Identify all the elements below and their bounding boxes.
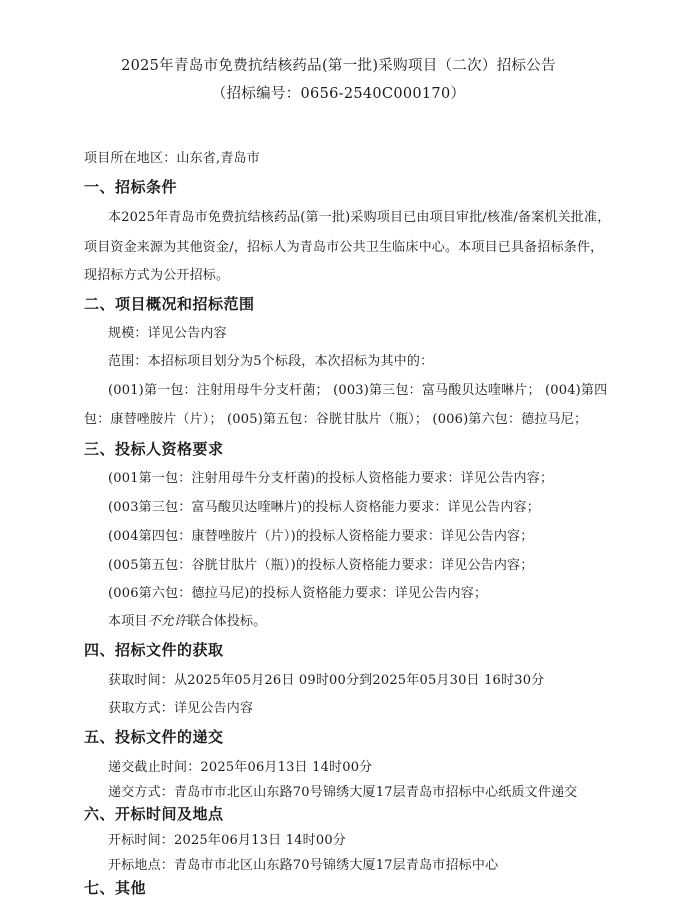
submission-method: 递交方式：青岛市市北区山东路70号锦绣大厦17层青岛市招标中心纸质文件递交 <box>108 785 577 801</box>
consortium-note-suffix: 联合体投标。 <box>187 614 266 629</box>
qualification-package-001: (001第一包：注射用母牛分支杆菌)的投标人资格能力要求：详见公告内容； <box>108 471 553 487</box>
section-heading-bid-opening: 六、开标时间及地点 <box>84 806 224 822</box>
section1-line2: 项目资金来源为其他资金/，招标人为青岛市公共卫生临床中心。本项目已具备招标条件， <box>84 240 603 256</box>
section2-scale: 规模：详见公告内容 <box>108 326 227 342</box>
qualification-package-006: (006第六包：德拉马尼)的投标人资格能力要求：详见公告内容； <box>108 586 487 602</box>
tender-number: （招标编号：0656-2540C000170） <box>0 86 677 102</box>
project-region: 项目所在地区：山东省,青岛市 <box>84 151 260 167</box>
section-heading-document-acquisition: 四、招标文件的获取 <box>84 642 224 658</box>
consortium-note-prefix: 本项目 <box>108 614 148 629</box>
section2-packages-line1: (001)第一包：注射用母牛分支杆菌； (003)第三包：富马酸贝达喹啉片； (… <box>108 383 607 399</box>
acquisition-time: 获取时间：从2025年05月26日 09时00分到2025年05月30日 16时… <box>108 673 544 689</box>
section2-scope: 范围：本招标项目划分为5个标段，本次招标为其中的： <box>108 354 433 370</box>
section-heading-project-overview: 二、项目概况和招标范围 <box>84 296 255 312</box>
submission-deadline: 递交截止时间：2025年06月13日 14时00分 <box>108 760 372 776</box>
document-page: 2025年青岛市免费抗结核药品(第一批)采购项目（二次）招标公告 （招标编号：0… <box>0 0 677 919</box>
qualification-package-004: (004第四包：康替唑胺片（片）)的投标人资格能力要求：详见公告内容； <box>108 529 533 545</box>
section-heading-tender-conditions: 一、招标条件 <box>84 179 177 195</box>
section1-line1: 本2025年青岛市免费抗结核药品(第一批)采购项目已由项目审批/核准/备案机关批… <box>108 210 610 226</box>
document-title: 2025年青岛市免费抗结核药品(第一批)采购项目（二次）招标公告 <box>0 58 677 74</box>
section2-packages-line2: 包：康替唑胺片（片）； (005)第五包：谷胱甘肽片（瓶）； (006)第六包：… <box>84 412 587 428</box>
section1-line3: 现招标方式为公开招标。 <box>84 268 229 284</box>
section-heading-bidder-qualifications: 三、投标人资格要求 <box>84 441 224 457</box>
section-heading-other: 七、其他 <box>84 880 146 896</box>
consortium-note: 本项目不允许联合体投标。 <box>108 614 266 630</box>
opening-time: 开标时间：2025年06月13日 14时00分 <box>108 833 346 849</box>
opening-location: 开标地点：青岛市市北区山东路70号锦绣大厦17层青岛市招标中心 <box>108 858 498 874</box>
qualification-package-005: (005第五包：谷胱甘肽片（瓶）)的投标人资格能力要求：详见公告内容； <box>108 558 533 574</box>
consortium-note-emphasis: 不允许 <box>148 614 188 629</box>
section-heading-bid-submission: 五、投标文件的递交 <box>84 729 224 745</box>
acquisition-method: 获取方式：详见公告内容 <box>108 701 253 717</box>
qualification-package-003: (003第三包：富马酸贝达喹啉片)的投标人资格能力要求：详见公告内容； <box>108 500 540 516</box>
